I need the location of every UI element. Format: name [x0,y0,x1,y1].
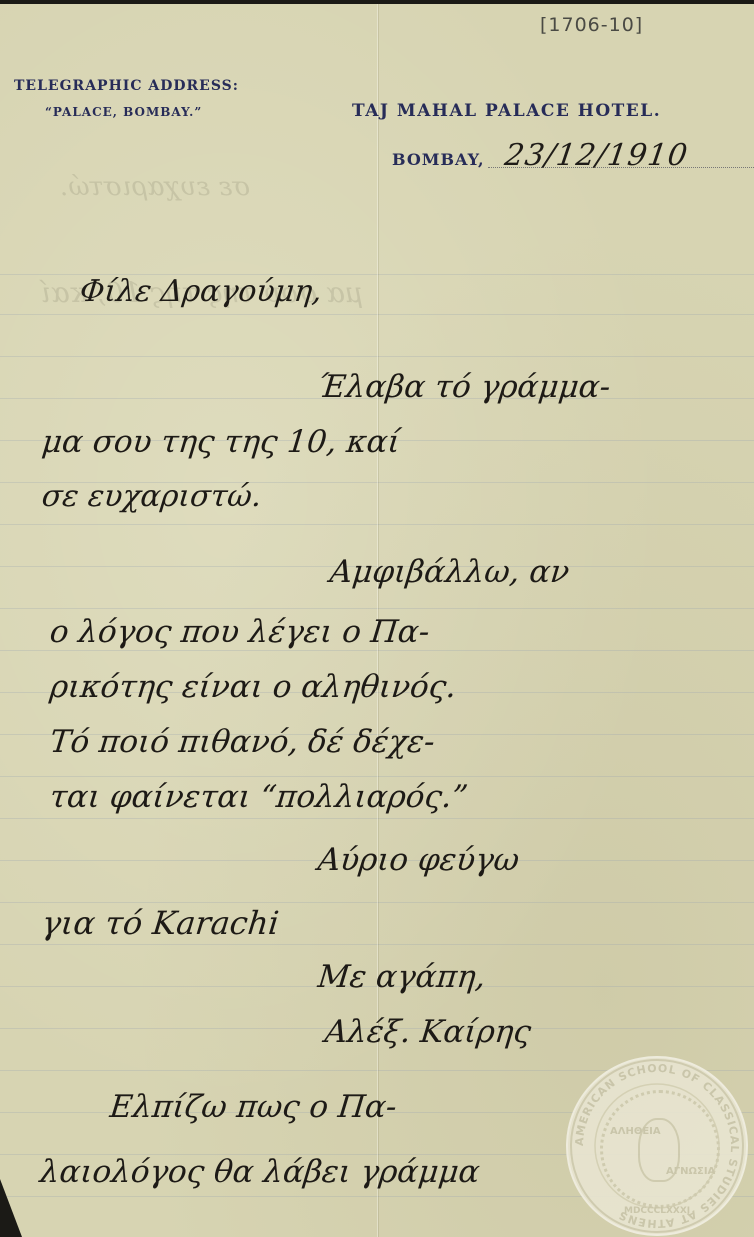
letter-line: Τό ποιό πιθανό, δέ δέχε- [48,724,436,760]
letter-line: ται φαίνεται “πολλιαρός.” [48,779,469,815]
postscript-line: Ελπίζω πως ο Πα- [108,1089,398,1125]
letter-line: Αμφιβάλλω, αν [328,554,571,590]
seal-letters-right: ΑΓΝΩΣΙΑ [666,1166,715,1177]
seal-year: MDCCCLXXXI [624,1206,690,1216]
telegraphic-address-label: TELEGRAPHIC ADDRESS: [14,78,239,94]
letter-line: ο λόγος που λέγει ο Πα- [48,614,431,650]
letter-page: σε ευχαριστώ. μα σου της της 10, καί [17… [0,4,754,1237]
letter-line: ρικότης είναι ο αληθινός. [48,669,458,705]
letter-line: Έλαβα τό γράμμα- [316,369,612,405]
telegraphic-address: “PALACE, BOMBAY.” [45,105,202,119]
letter-line: σε ευχαριστώ. [40,479,263,514]
bleed-through-text: σε ευχαριστώ. [60,172,250,202]
postscript-line: λαιολόγος θα λάβει γράμμα [38,1154,481,1190]
american-school-seal-icon: AMERICAN SCHOOL OF CLASSICAL STUDIES AT … [566,1056,748,1236]
signature: Αλέξ. Καίρης [323,1014,533,1050]
torn-corner [0,1179,22,1237]
archive-reference-number: [1706-10] [540,14,643,36]
seal-letters-left: ΑΛΗΘΕΙΑ [610,1126,661,1137]
hotel-name: TAJ MAHAL PALACE HOTEL. [352,101,661,121]
salutation: Φίλε Δραγούμη, [78,274,323,309]
letterhead-city: BOMBAY, [392,150,485,169]
letter-line: για τό Karachi [40,904,281,942]
letter-date: 23/12/1910 [503,138,691,173]
closing: Με αγάπη, [316,959,487,995]
letter-line: μα σου της της 10, καί [40,424,402,460]
letter-line: Αύριο φεύγω [316,842,521,878]
